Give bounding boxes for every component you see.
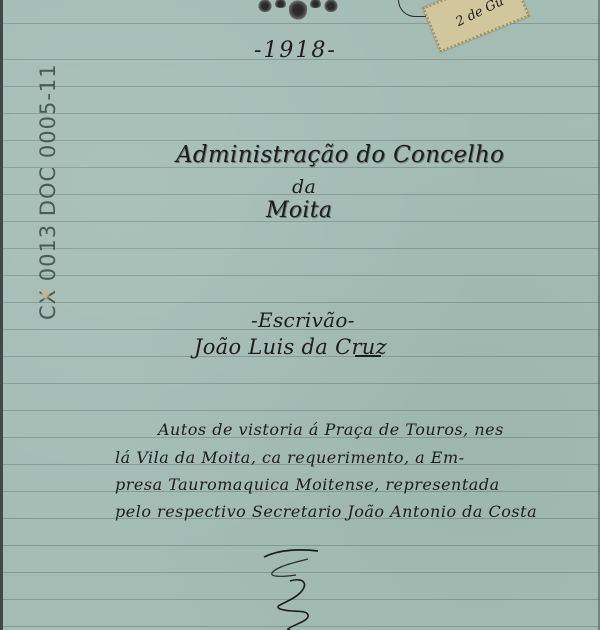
revenue-stamp: 2 de Gu <box>423 0 530 52</box>
body-line-1: Autos de vistoria á Praça de Touros, nes <box>158 420 504 439</box>
header-ornament-icon <box>258 0 338 22</box>
name-dash <box>355 355 381 357</box>
document-page: 2 de Gu -1918- CX 0013 DOC 0005-11 Admin… <box>0 0 600 630</box>
title-line-1: Administração do Concelho <box>176 142 504 168</box>
title-line-3: Moita <box>266 198 332 223</box>
clerk-role: -Escrivão- <box>251 308 355 332</box>
archive-reference: CX 0013 DOC 0005-11 <box>36 63 60 320</box>
page-left-edge <box>0 0 3 630</box>
closing-flourish-icon <box>262 545 322 630</box>
body-line-2: lá Vila da Moita, ca requerimento, a Em- <box>115 448 465 467</box>
paper-stain <box>40 290 50 300</box>
title-line-2: da <box>292 176 316 198</box>
body-line-3: presa Tauromaquica Moitense, representad… <box>115 475 500 494</box>
stamp-text: 2 de Gu <box>454 0 507 30</box>
document-year: -1918- <box>254 38 337 63</box>
body-line-4: pelo respectivo Secretario João Antonio … <box>115 502 537 521</box>
